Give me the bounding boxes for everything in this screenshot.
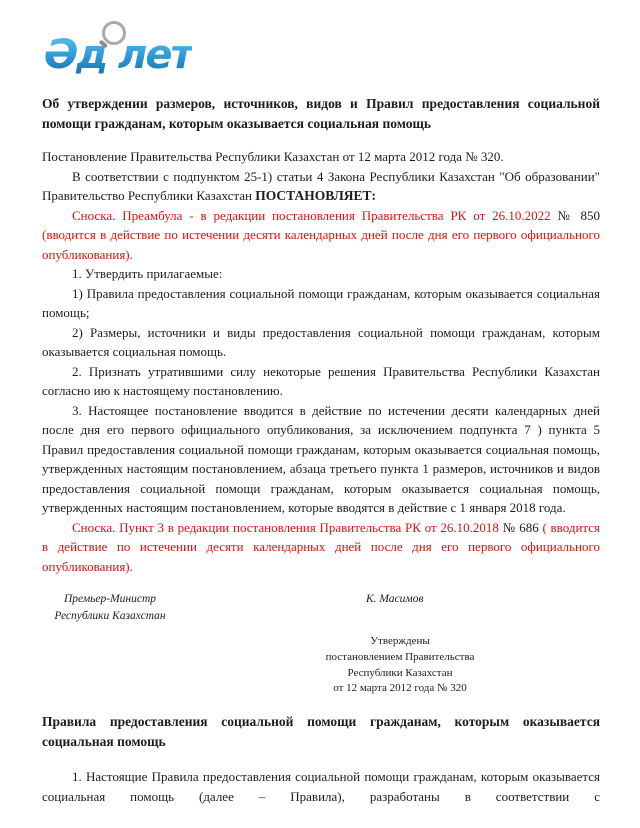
point-3: 3. Настоящее постановление вводится в де…	[42, 401, 600, 518]
decree-meta-line: Постановление Правительства Республики К…	[42, 147, 600, 167]
logo-part-1: Әд	[44, 32, 106, 78]
signature-block: Премьер-Министр Республики Казахстан К. …	[42, 591, 600, 625]
signatory-name: К. Масимов	[366, 591, 424, 608]
adilet-logo: Әділет	[44, 30, 600, 82]
footnote-tail: (вводится в действие по истечении десяти…	[42, 227, 600, 262]
subpoint-2: 2) Размеры, источники и виды предоставле…	[42, 323, 600, 362]
footnote-lead: Сноска. Преамбула - в редакции постановл…	[72, 208, 558, 223]
document-title: Об утверждении размеров, источников, вид…	[42, 94, 600, 134]
logo-part-3: лет	[118, 32, 192, 78]
footnote-decree-number: № 686	[503, 520, 543, 535]
approval-stamp: Утверждены постановлением Правительства …	[285, 634, 515, 697]
approval-line-2: постановлением Правительства	[285, 650, 515, 666]
preamble-paragraph: В соответствии с подпунктом 25-1) статьи…	[42, 167, 600, 206]
footnote-preamble: Сноска. Преамбула - в редакции постановл…	[42, 206, 600, 265]
logo-letter-i: і	[106, 30, 118, 80]
signatory-title: Премьер-Министр Республики Казахстан	[44, 591, 176, 625]
approval-line-4: от 12 марта 2012 года № 320	[285, 681, 515, 697]
approval-line-3: Республики Казахстан	[285, 666, 515, 682]
signatory-title-line-1: Премьер-Министр	[44, 591, 176, 608]
resolves-keyword: ПОСТАНОВЛЯЕТ:	[255, 188, 376, 203]
signatory-title-line-2: Республики Казахстан	[44, 608, 176, 625]
approval-line-1: Утверждены	[285, 634, 515, 650]
footnote-lead: Сноска. Пункт 3 в редакции постановления…	[72, 520, 503, 535]
point-2: 2. Признать утратившими силу некоторые р…	[42, 362, 600, 401]
footnote-point-3: Сноска. Пункт 3 в редакции постановления…	[42, 518, 600, 577]
adilet-logo-text: Әділет	[44, 30, 192, 80]
point-1: 1. Утвердить прилагаемые:	[42, 264, 600, 284]
rules-paragraph-1: 1. Настоящие Правила предоставления соци…	[42, 767, 600, 806]
subpoint-1: 1) Правила предоставления социальной пом…	[42, 284, 600, 323]
document-page: Әділет Об утверждении размеров, источник…	[0, 0, 640, 806]
rules-heading: Правила предоставления социальной помощи…	[42, 712, 600, 752]
footnote-decree-number: № 850	[558, 208, 600, 223]
